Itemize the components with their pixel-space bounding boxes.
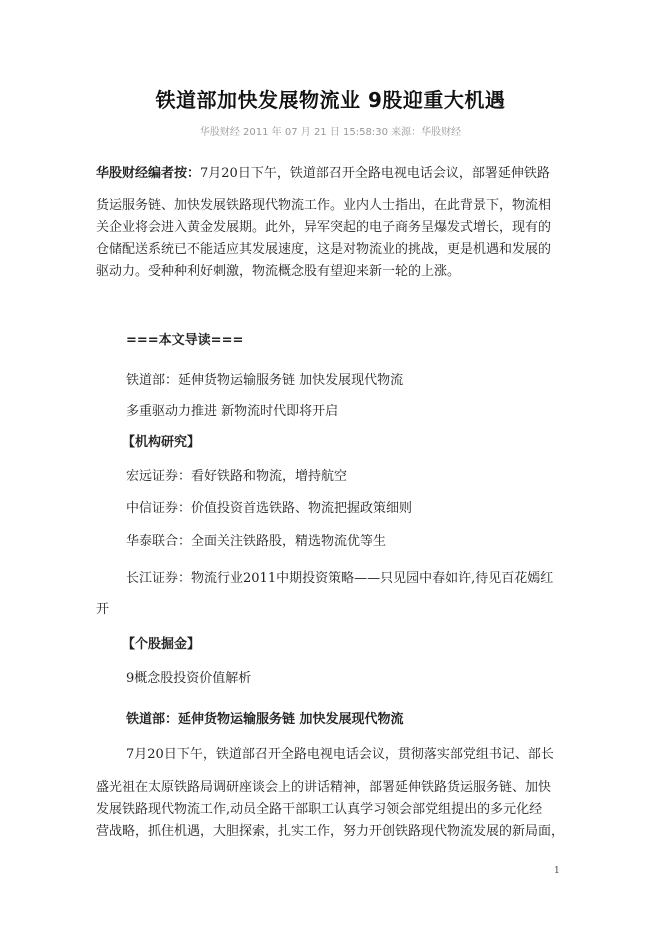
- editor-note-line-3: 关企业将会进入黄金发展期。此外，异军突起的电子商务呈爆发式增长，现有的: [96, 217, 551, 240]
- research-item: 宏远证券：看好铁路和物流，增持航空: [126, 466, 347, 489]
- research-item: 华泰联合：全面关注铁路股，精选物流优等生: [126, 531, 386, 554]
- article-meta: 华股财经 2011 年 07 月 21 日 15:58:30 来源：华股财经: [0, 123, 661, 138]
- research-item: 中信证券：价值投资首选铁路、物流把握政策细则: [126, 498, 412, 521]
- research-item-long: 长江证券：物流行业2011中期投资策略——只见园中春如许,待见百花嫣红: [126, 568, 553, 591]
- section-line-4: 营战略，抓住机遇，大胆探索，扎实工作，努力开创铁路现代物流发展的新局面，: [96, 821, 564, 844]
- document-page: 铁道部加快发展物流业 9股迎重大机遇 华股财经 2011 年 07 月 21 日…: [0, 0, 661, 935]
- page-number: 1: [554, 866, 560, 876]
- editor-note-line-1: 华股财经编者按：7月20日下午，铁道部召开全路电视电话会议，部署延伸铁路: [96, 163, 564, 186]
- section-heading: 铁道部：延伸货物运输服务链 加快发展现代物流: [126, 709, 404, 732]
- editor-note-line-2: 货运服务链、加快发展铁路现代物流工作。业内人士指出，在此背景下，物流相: [96, 195, 551, 218]
- section-line-2: 盛光祖在太原铁路局调研座谈会上的讲话精神，部署延伸铁路货运服务链、加快: [96, 777, 551, 800]
- editor-note-label: 华股财经编者按：: [96, 166, 200, 181]
- editor-note-line-5: 驱动力。受种种利好刺激，物流概念股有望迎来新一轮的上涨。: [96, 261, 460, 284]
- stocks-item: 9概念股投资价值解析: [126, 668, 251, 691]
- research-heading: 【机构研究】: [122, 432, 200, 455]
- guide-heading: ===本文导读===: [126, 330, 243, 353]
- editor-note-line-4: 仓储配送系统已不能适应其发展速度，这是对物流业的挑战，更是机遇和发展的: [96, 239, 551, 262]
- stocks-heading: 【个股掘金】: [122, 634, 200, 657]
- guide-item: 铁道部：延伸货物运输服务链 加快发展现代物流: [126, 370, 403, 393]
- section-line-1: 7月20日下午，铁道部召开全路电视电话会议，贯彻落实部党组书记、部长: [126, 744, 554, 767]
- article-title: 铁道部加快发展物流业 9股迎重大机遇: [0, 84, 661, 113]
- guide-item: 多重驱动力推进 新物流时代即将开启: [126, 401, 338, 424]
- research-item-long-cont: 开: [96, 599, 109, 622]
- section-line-3: 发展铁路现代物流工作,动员全路干部职工认真学习领会部党组提出的多元化经: [96, 799, 542, 822]
